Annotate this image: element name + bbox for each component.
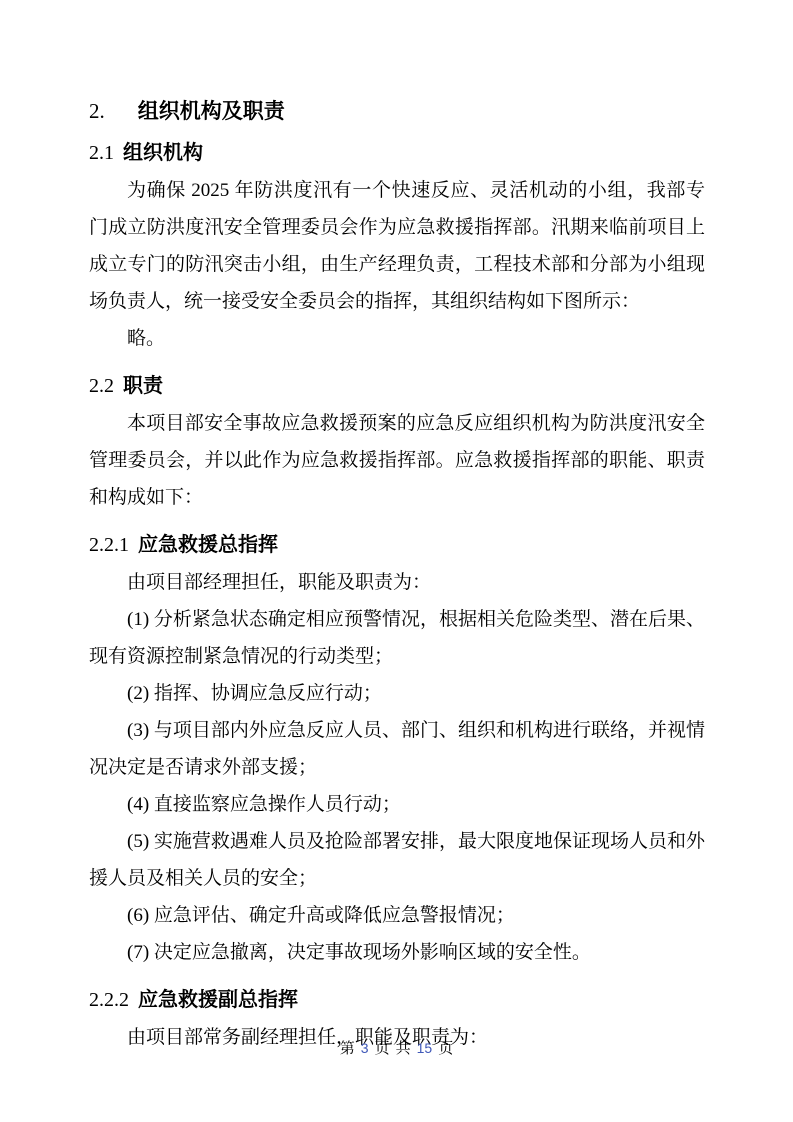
list-item-4: (4) 直接监察应急操作人员行动； (89, 786, 705, 823)
heading-title: 组织机构及职责 (138, 99, 285, 123)
list-item-5: (5) 实施营救遇难人员及抢险部署安排，最大限度地保证现场人员和外援人员及相关人… (89, 823, 705, 897)
list-item-7: (7) 决定应急撤离，决定事故现场外影响区域的安全性。 (89, 934, 705, 971)
section-heading-2-2: 2.2职责 (89, 373, 705, 399)
document-page: 2.组织机构及职责 2.1组织机构 为确保 2025 年防洪度汛有一个快速反应、… (0, 0, 793, 1122)
list-item-6: (6) 应急评估、确定升高或降低应急警报情况； (89, 897, 705, 934)
heading-number: 2.1 (89, 140, 114, 166)
heading-number: 2.2 (89, 373, 114, 399)
paragraph-2-1-intro: 为确保 2025 年防洪度汛有一个快速反应、灵活机动的小组，我部专门成立防洪度汛… (89, 172, 705, 320)
current-page-number: 3 (361, 1040, 369, 1056)
paragraph-2-2-1-intro: 由项目部经理担任，职能及职责为： (89, 564, 705, 601)
list-item-2: (2) 指挥、协调应急反应行动； (89, 675, 705, 712)
page-footer: 第3页共15页 (0, 1037, 793, 1058)
heading-title: 职责 (123, 375, 163, 397)
heading-number: 2. (89, 98, 105, 124)
paragraph-2-1-omitted: 略。 (89, 320, 705, 357)
section-heading-2-2-2: 2.2.2应急救援副总指挥 (89, 987, 705, 1013)
footer-label-prefix: 第 (340, 1041, 355, 1057)
paragraph-2-2-intro: 本项目部安全事故应急救援预案的应急反应组织机构为防洪度汛安全管理委员会，并以此作… (89, 405, 705, 516)
total-page-number: 15 (417, 1040, 433, 1056)
section-heading-2-2-1: 2.2.1应急救援总指挥 (89, 532, 705, 558)
heading-title: 应急救援总指挥 (138, 534, 278, 556)
list-item-3: (3) 与项目部内外应急反应人员、部门、组织和机构进行联络，并视情况决定是否请求… (89, 712, 705, 786)
heading-title: 应急救援副总指挥 (138, 989, 298, 1011)
heading-title: 组织机构 (123, 142, 203, 164)
list-item-1: (1) 分析紧急状态确定相应预警情况，根据相关危险类型、潜在后果、现有资源控制紧… (89, 601, 705, 675)
section-heading-main: 2.组织机构及职责 (89, 98, 705, 124)
footer-label-page: 页 (375, 1041, 390, 1057)
heading-number: 2.2.2 (89, 987, 129, 1013)
footer-label-of: 共 (396, 1041, 411, 1057)
heading-number: 2.2.1 (89, 532, 129, 558)
section-heading-2-1: 2.1组织机构 (89, 140, 705, 166)
footer-label-page-2: 页 (438, 1041, 453, 1057)
